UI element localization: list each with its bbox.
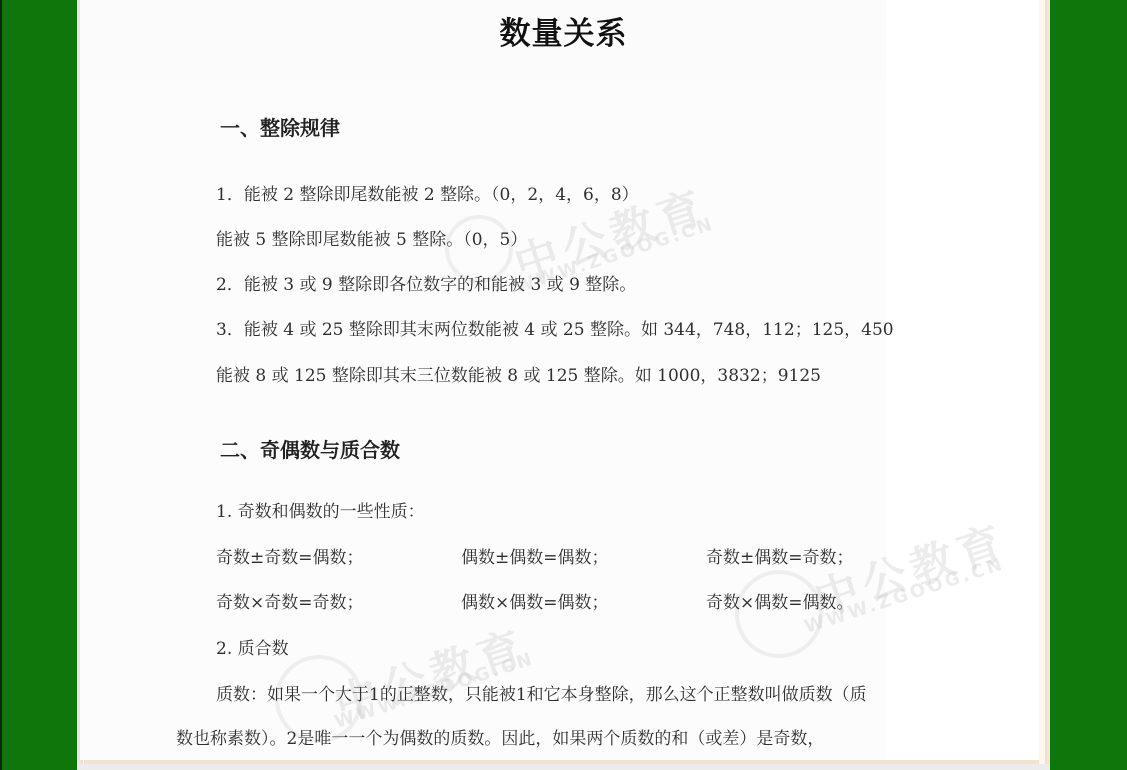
rule-line: 能被 8 或 125 整除即其末三位数能被 8 或 125 整除。如 1000，… — [216, 361, 821, 386]
rule-cell: 奇数±偶数=奇数； — [706, 543, 854, 568]
section-heading-odd-even-prime: 二、奇偶数与质合数 — [220, 434, 400, 463]
rule-cell: 奇数×奇数=奇数； — [216, 588, 364, 613]
rule-cell: 偶数×偶数=偶数； — [461, 588, 609, 613]
left-edge — [0, 0, 2, 770]
rule-line: 能被 5 整除即尾数能被 5 整除。（0，5） — [216, 225, 527, 250]
rule-line: 2．能被 3 或 9 整除即各位数字的和能被 3 或 9 整除。 — [216, 270, 636, 295]
section-heading-divisibility: 一、整除规律 — [220, 112, 340, 141]
page-title: 数量关系 — [0, 8, 1127, 53]
subheading-odd-even: 1. 奇数和偶数的一些性质： — [216, 497, 425, 522]
rule-line: 1．能被 2 整除即尾数能被 2 整除。（0，2，4，6，8） — [216, 180, 639, 205]
rule-line: 3．能被 4 或 25 整除即其末两位数能被 4 或 25 整除。如 344，7… — [216, 315, 894, 340]
subheading-prime-composite: 2. 质合数 — [216, 634, 289, 659]
paragraph-line: 质数：如果一个大于1的正整数，只能被1和它本身整除，那么这个正整数叫做质数（质 — [216, 680, 867, 705]
rule-cell: 偶数±偶数=偶数； — [461, 543, 609, 568]
bottom-strip — [77, 764, 1050, 770]
rule-cell: 奇数×偶数=偶数。 — [706, 588, 854, 613]
paragraph-line: 数也称素数）。2是唯一一个为偶数的质数。因此，如果两个质数的和（或差）是奇数， — [176, 724, 824, 749]
rule-cell: 奇数±奇数=偶数； — [216, 543, 364, 568]
